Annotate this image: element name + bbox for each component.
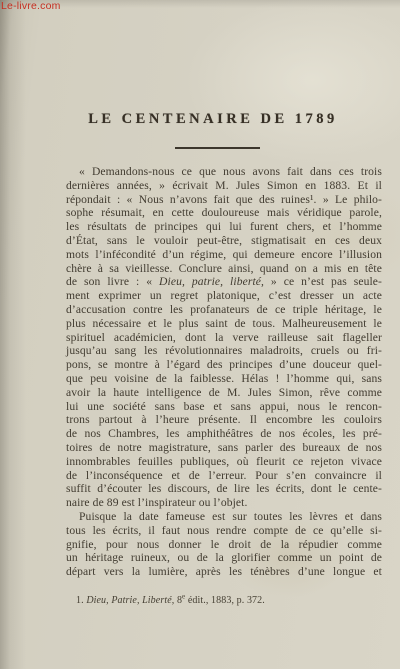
footnote: 1. Dieu, Patrie, Liberté, 8e édit., 1883… (76, 595, 376, 607)
text-line-with-italic-book-title: de son livre : « Dieu, patrie, liberté, … (66, 275, 382, 289)
text-line: les résultats de principes qui lui furen… (66, 220, 382, 234)
scanned-book-page: Le-livre.com LE CENTENAIRE DE 1789 « Dem… (0, 0, 400, 669)
text-line: suffit d’écouter les discours, de lire l… (66, 482, 382, 496)
footnote-marker: 1. (76, 595, 86, 606)
text-line-paragraph-start: Puisque la date fameuse est sur toutes l… (66, 510, 382, 524)
text-line: que peu voisine de la faiblesse. Hélas !… (66, 372, 382, 386)
text-line: jusqu’au sang les révolutionnaires malad… (66, 344, 382, 358)
text-line-paragraph-end: naire de 89 est l’inspirateur ou l’objet… (66, 496, 382, 510)
text-line: d’accusation contre les profanateurs de … (66, 303, 382, 317)
text-line: innombrables feuilles publiques, où fleu… (66, 455, 382, 469)
text-line: plus nécessaire et le plus saint de tous… (66, 317, 382, 331)
text-line: sophe résumait, en cette douloureuse mai… (66, 206, 382, 220)
text-line: gnifie, pour nous donner le droit de la … (66, 538, 382, 552)
text-segment: de son livre : « (66, 275, 159, 288)
footnote-edition-number: 8 (174, 595, 182, 606)
text-line: toires de notre magistrature, sans parle… (66, 441, 382, 455)
text-line: avoir la haute intelligence de M. Jules … (66, 386, 382, 400)
text-line: départ vers la lumière, après les ténèbr… (66, 565, 382, 579)
text-line: pons, se montre à l’égard des principes … (66, 358, 382, 372)
book-title-italic: Dieu, patrie, liberté, (159, 275, 264, 288)
text-line: de l’inconséquence et de l’erreur. Pour … (66, 469, 382, 483)
page-title: LE CENTENAIRE DE 1789 (26, 111, 400, 128)
text-line: lui une société sans base et sans appui,… (66, 400, 382, 414)
title-divider-rule (175, 147, 260, 149)
text-line: de nos Chambres, les amphithéâtres de no… (66, 427, 382, 441)
text-line: trons partout à l’heure présente. Il enc… (66, 413, 382, 427)
text-line: dernières années, » écrivait M. Jules Si… (66, 179, 382, 193)
text-segment: » ce n’est pas seule- (264, 275, 382, 288)
text-line: un héritage ruineux, ou de la glorifier … (66, 551, 382, 565)
text-line: « Demandons-nous ce que nous avons fait … (66, 165, 382, 179)
text-line: tous les écrits, il faut nous rendre com… (66, 524, 382, 538)
text-line: d’État, sans le vouloir peut-être, stigm… (66, 234, 382, 248)
text-line: chère à sa vieillesse. Conclure ainsi, q… (66, 262, 382, 276)
text-line: ment exprimer un regret platonique, c’es… (66, 289, 382, 303)
text-line: répondait : « Nous n’avons fait que des … (66, 193, 382, 207)
footnote-detail: édit., 1883, p. 372. (185, 595, 265, 606)
footnote-work-title: Dieu, Patrie, Liberté, (86, 595, 174, 606)
text-line: spirituel académicien, dont la verve rai… (66, 331, 382, 345)
article-body: « Demandons-nous ce que nous avons fait … (66, 165, 382, 579)
watermark: Le-livre.com (1, 0, 61, 12)
text-line: mots l’infécondité d’un régime, qui deme… (66, 248, 382, 262)
